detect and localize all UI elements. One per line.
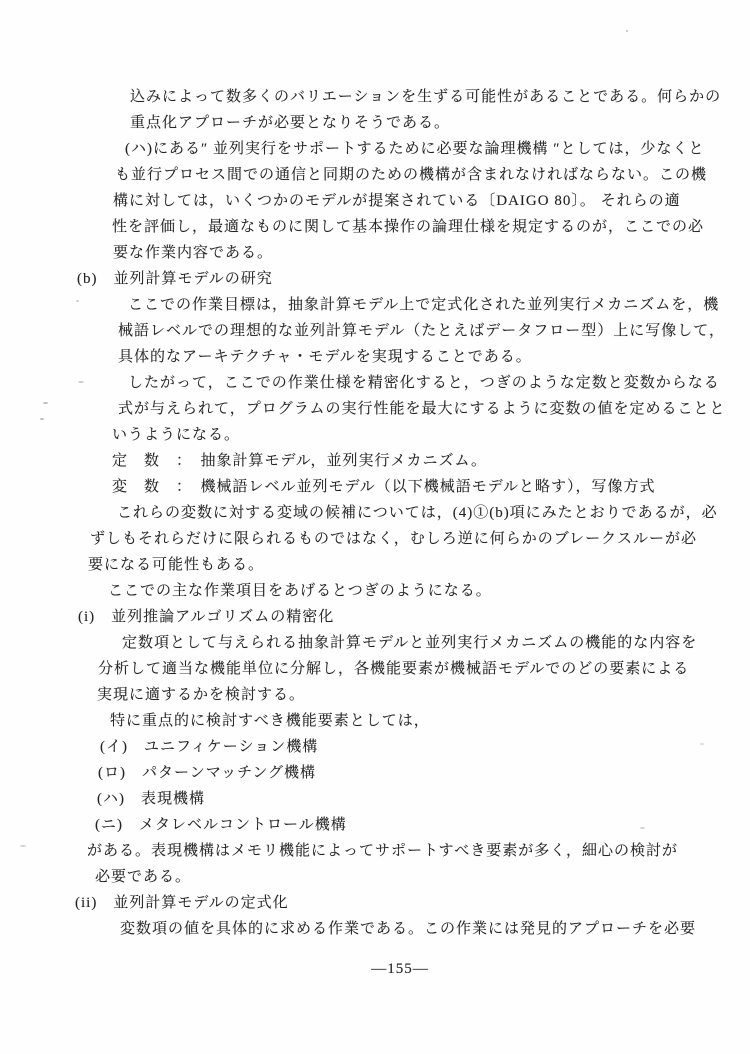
document-line: ずしもそれらだけに限られるものではなく，むしろ逆に何らかのブレークスルーが必 bbox=[0, 526, 750, 552]
scan-speck bbox=[43, 402, 48, 404]
sub-item-line: (ニ) メタレベルコントロール機構 bbox=[0, 812, 750, 838]
sub-item-line: (ロ) パターンマッチング機構 bbox=[0, 760, 750, 786]
document-line: 定数項として与えられる抽象計算モデルと並列実行メカニズムの機能的な内容を bbox=[0, 630, 750, 656]
document-line: も並行プロセス間での通信と同期のための機構が含まれなければならない。この機 bbox=[0, 162, 750, 188]
document-line: 分析して適当な機能単位に分解し，各機能要素が機械語モデルでのどの要素による bbox=[0, 656, 750, 682]
scanned-document-page: 込みによって数多くのバリエーションを生ずる可能性があることである。何らかの 重点… bbox=[0, 0, 750, 1054]
document-line: 要な作業内容である。 bbox=[0, 240, 750, 266]
constants-line: 定 数 ： 抽象計算モデル，並列実行メカニズム。 bbox=[0, 448, 750, 474]
scan-speck bbox=[20, 845, 26, 847]
document-line: 必要である。 bbox=[0, 864, 750, 890]
item-ii-heading: (ii) 並列計算モデルの定式化 bbox=[0, 890, 750, 916]
scan-speck bbox=[640, 827, 645, 829]
document-line: 込みによって数多くのバリエーションを生ずる可能性があることである。何らかの bbox=[0, 84, 750, 110]
scan-speck bbox=[40, 418, 44, 420]
document-line: したがって，ここでの作業仕様を精密化すると，つぎのような定数と変数からなる bbox=[0, 370, 750, 396]
scan-speck bbox=[78, 381, 84, 383]
document-line: いうようになる。 bbox=[0, 422, 750, 448]
document-line: がある。表現機構はメモリ機能によってサポートすべき要素が多く，細心の検討が bbox=[0, 838, 750, 864]
document-text: 込みによって数多くのバリエーションを生ずる可能性があることである。何らかの 重点… bbox=[0, 84, 750, 942]
item-i-heading: (i) 並列推論アルゴリズムの精密化 bbox=[0, 604, 750, 630]
scan-speck bbox=[700, 743, 704, 745]
document-line: 具体的なアーキテクチャ・モデルを実現することである。 bbox=[0, 344, 750, 370]
document-line: 式が与えられて，プログラムの実行性能を最大にするように変数の値を定めることと bbox=[0, 396, 750, 422]
document-line: 変数項の値を具体的に求める作業である。この作業には発見的アプローチを必要 bbox=[0, 916, 750, 942]
document-line: 構に対しては，いくつかのモデルが提案されている〔DAIGO 80〕。 それらの適 bbox=[0, 188, 750, 214]
document-line: 要になる可能性もある。 bbox=[0, 552, 750, 578]
scan-speck bbox=[76, 300, 79, 302]
document-line: (ハ)にある″ 並列実行をサポートするために必要な論理機構 ″としては，少なくと bbox=[0, 136, 750, 162]
page-number: —155— bbox=[0, 961, 750, 978]
sub-item-line: (ハ) 表現機構 bbox=[0, 786, 750, 812]
document-line: これらの変数に対する変域の候補については，(4)①(b)項にみたとおりであるが，… bbox=[0, 500, 750, 526]
document-line: 実現に適するかを検討する。 bbox=[0, 682, 750, 708]
document-line: 特に重点的に検討すべき機能要素としては， bbox=[0, 708, 750, 734]
sub-item-line: (イ) ユニフィケーション機構 bbox=[0, 734, 750, 760]
document-line: 械語レベルでの理想的な並列計算モデル（たとえばデータフロー型）上に写像して， bbox=[0, 318, 750, 344]
section-b-heading: (b) 並列計算モデルの研究 bbox=[0, 266, 750, 292]
document-line: 性を評価し，最適なものに関して基本操作の論理仕様を規定するのが，ここでの必 bbox=[0, 214, 750, 240]
document-line: 重点化アプローチが必要となりそうである。 bbox=[0, 110, 750, 136]
document-line: ここでの作業目標は，抽象計算モデル上で定式化された並列実行メカニズムを，機 bbox=[0, 292, 750, 318]
variables-line: 変 数 ： 機械語レベル並列モデル（以下機械語モデルと略す），写像方式 bbox=[0, 474, 750, 500]
scan-speck bbox=[626, 30, 628, 32]
document-line: ここでの主な作業項目をあげるとつぎのようになる。 bbox=[0, 578, 750, 604]
